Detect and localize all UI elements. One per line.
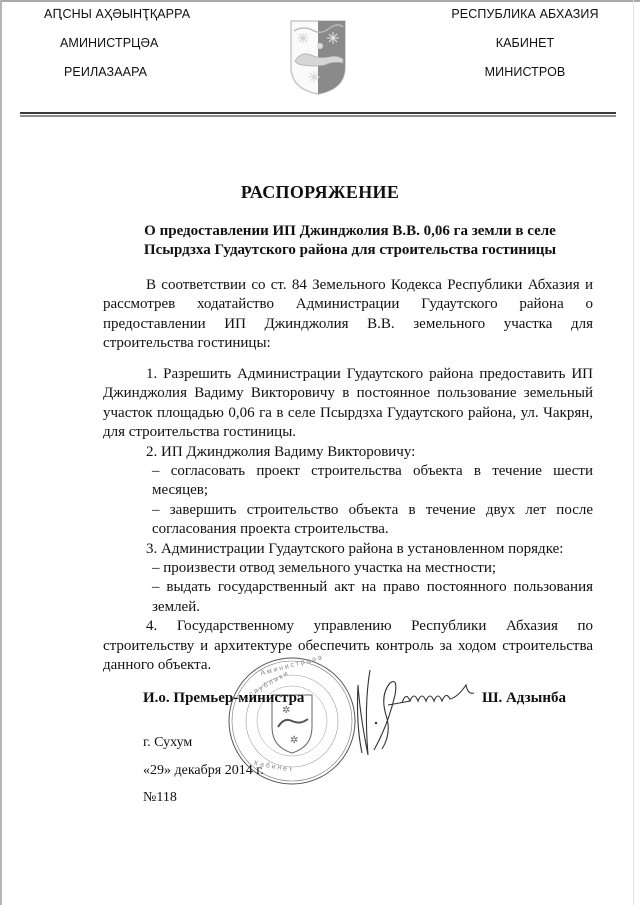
header-left-line-3: РЕИЛАЗААРА [44, 58, 204, 87]
subtitle-line-1: О предоставлении ИП Джинджолия В.В. 0,06… [100, 222, 600, 241]
header-left-line-2: АМИНИСТРЦӘА [44, 29, 204, 58]
item-3-subitem-2: – выдать государственный акт на право по… [103, 578, 593, 617]
preamble-text: В соответствии со ст. 84 Земельного Коде… [103, 276, 593, 354]
signatory-name: Ш. Адзынба [482, 690, 566, 707]
document-subtitle: О предоставлении ИП Джинджолия В.В. 0,06… [100, 222, 600, 260]
page-border-left [0, 0, 2, 905]
header-right-line-1: РЕСПУБЛИКА АБХАЗИЯ [440, 0, 610, 29]
header-left-line-1: АԤСНЫ АҲӘЫНҬҚАРРА [44, 0, 204, 29]
item-2-subitem-1: – согласовать проект строительства объек… [103, 462, 593, 501]
header-divider-thin [20, 115, 616, 117]
page-border-right [633, 0, 634, 905]
header-russian: РЕСПУБЛИКА АБХАЗИЯ КАБИНЕТ МИНИСТРОВ [440, 0, 610, 87]
header-abkhaz: АԤСНЫ АҲӘЫНҬҚАРРА АМИНИСТРЦӘА РЕИЛАЗААРА [44, 0, 204, 87]
preamble-paragraph: В соответствии со ст. 84 Земельного Коде… [103, 276, 593, 354]
item-3-subitem-1: – произвести отвод земельного участка на… [103, 559, 593, 578]
header-right-line-3: МИНИСТРОВ [440, 58, 610, 87]
item-2-subitem-2: – завершить строительство объекта в тече… [103, 501, 593, 540]
issue-place: г. Сухум [143, 735, 192, 751]
issue-date: «29» декабря 2014 г. [143, 763, 264, 779]
item-1: 1. Разрешить Администрации Гудаутского р… [103, 365, 593, 443]
subtitle-line-2: Псырдзха Гудаутского района для строител… [100, 241, 600, 260]
item-3: 3. Администрации Гудаутского района в ус… [103, 540, 593, 559]
abkhazia-coat-of-arms-icon [289, 19, 347, 96]
handwritten-signature-icon [340, 665, 490, 760]
item-2: 2. ИП Джинджолия Вадиму Викторовичу: [103, 443, 593, 462]
header-divider-thick [20, 112, 616, 114]
header-right-line-2: КАБИНЕТ [440, 29, 610, 58]
resolution-items: 1. Разрешить Администрации Гудаутского р… [103, 365, 593, 676]
svg-text:✲: ✲ [290, 735, 298, 746]
document-title: РАСПОРЯЖЕНИЕ [0, 182, 640, 203]
signatory-role: И.о. Премьер-министра [143, 690, 304, 707]
document-number: №118 [143, 790, 177, 806]
